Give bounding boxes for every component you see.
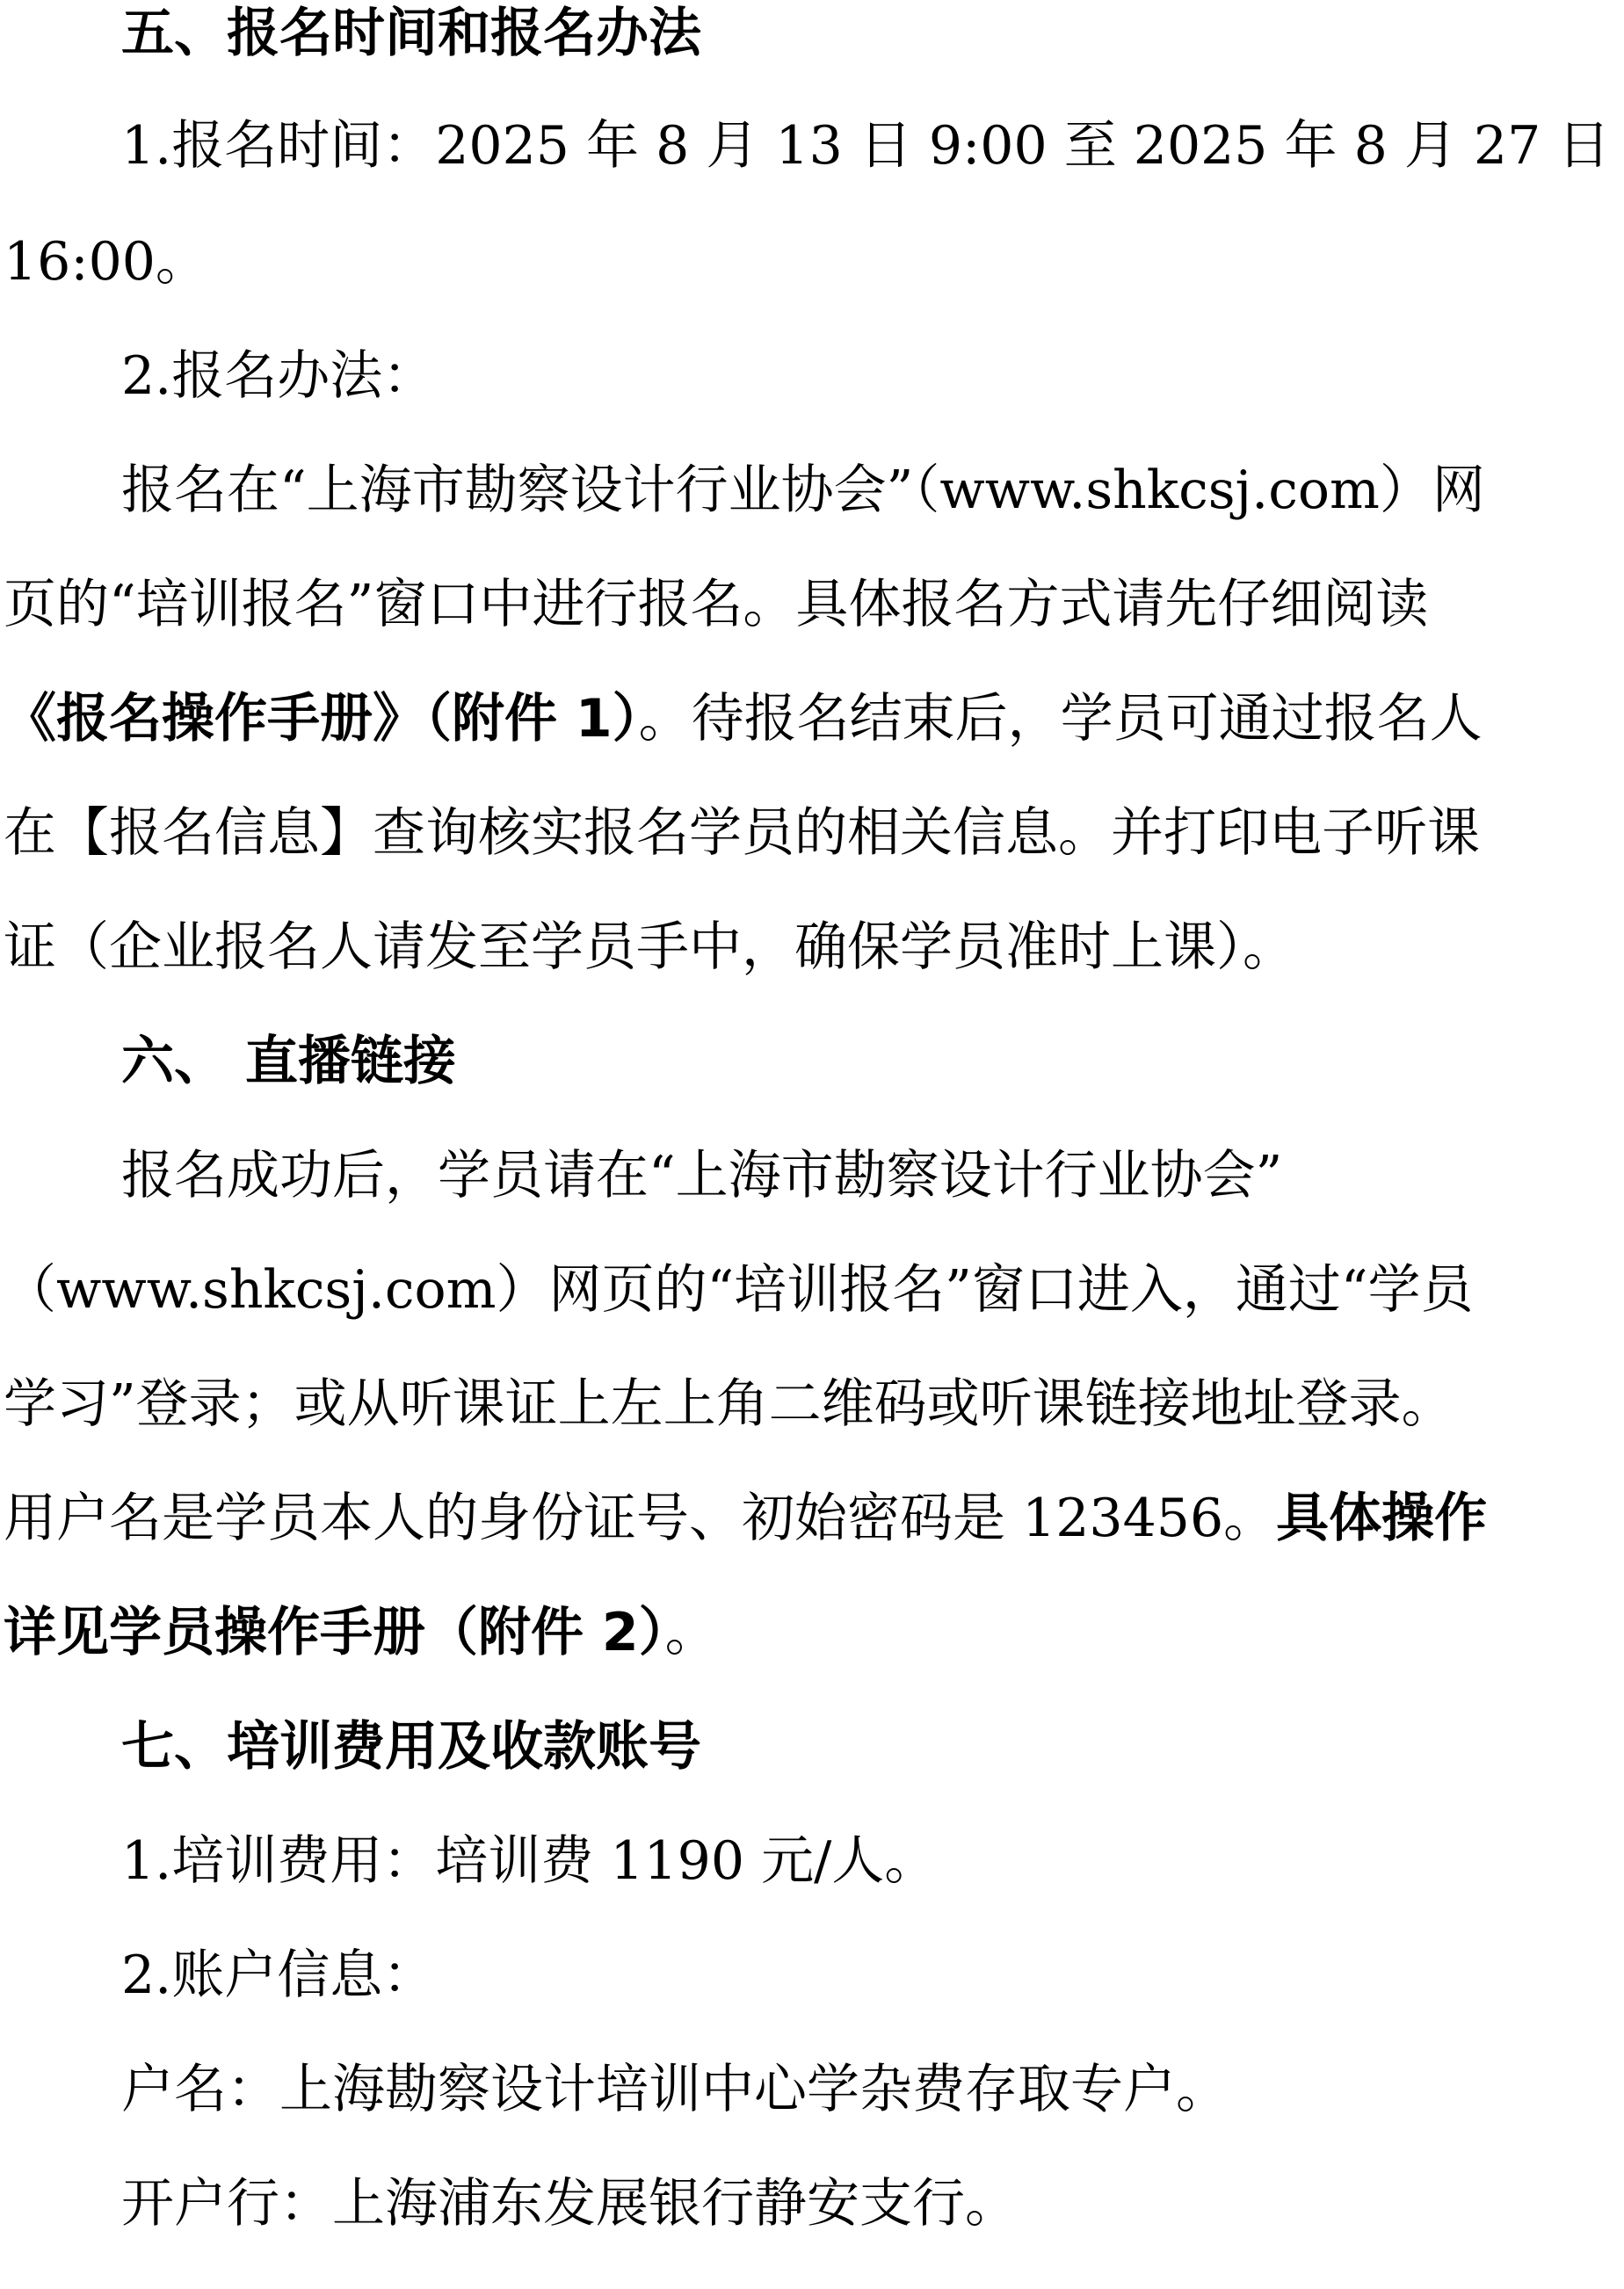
registration-method-line2: 页的“培训报名”窗口中进行报名。具体报名方式请先仔细阅读 <box>4 573 1617 636</box>
registration-method-line3: 《报名操作手册》（附件 1）。待报名结束后，学员可通过报名人 <box>4 687 1617 750</box>
live-link-line5: 详见学员操作手册（附件 2）。 <box>4 1601 1624 1664</box>
live-link-line4-bold: 具体操作 <box>1276 1488 1487 1549</box>
live-link-line5-rest: 。 <box>665 1602 718 1663</box>
training-fee-line: 1.培训费用：培训费 1190 元/人。 <box>121 1829 1624 1893</box>
registration-method-label: 2.报名办法： <box>121 344 1624 408</box>
registration-time-line1: 1.报名时间：2025 年 8 月 13 日 9:00 至 2025 年 8 月… <box>121 114 1617 177</box>
account-info-label: 2.账户信息： <box>121 1944 1624 2007</box>
live-link-line4-normal: 用户名是学员本人的身份证号、初始密码是 123456。 <box>4 1488 1276 1549</box>
section-heading-live-link: 六、 直播链接 <box>121 1030 1624 1093</box>
registration-method-line5: 证（企业报名人请发至学员手中，确保学员准时上课）。 <box>4 916 1624 979</box>
registration-method-line3-rest: 。待报名结束后，学员可通过报名人 <box>639 688 1483 750</box>
account-name-line: 户名：上海勘察设计培训中心学杂费存取专户。 <box>121 2058 1624 2121</box>
bank-line: 开户行：上海浦东发展银行静安支行。 <box>121 2172 1624 2235</box>
live-link-line2: （www.shkcsj.com）网页的“培训报名”窗口进入，通过“学员 <box>4 1258 1617 1322</box>
live-link-line3: 学习”登录；或从听课证上左上角二维码或听课链接地址登录。 <box>4 1373 1617 1436</box>
live-link-line4: 用户名是学员本人的身份证号、初始密码是 123456。具体操作 <box>4 1487 1617 1550</box>
registration-method-line1: 报名在“上海市勘察设计行业协会”（www.shkcsj.com）网 <box>121 459 1617 522</box>
section-heading-registration: 五、报名时间和报名办法 <box>121 2 1624 65</box>
section-heading-fees: 七、培训费用及收款账号 <box>121 1715 1624 1778</box>
student-manual-reference: 详见学员操作手册（附件 2） <box>4 1602 665 1663</box>
live-link-line1: 报名成功后，学员请在“上海市勘察设计行业协会” <box>121 1144 1617 1207</box>
registration-time-line2: 16:00。 <box>4 230 1624 293</box>
registration-method-line4: 在【报名信息】查询核实报名学员的相关信息。并打印电子听课 <box>4 801 1617 865</box>
registration-manual-reference: 《报名操作手册》（附件 1） <box>4 688 639 750</box>
